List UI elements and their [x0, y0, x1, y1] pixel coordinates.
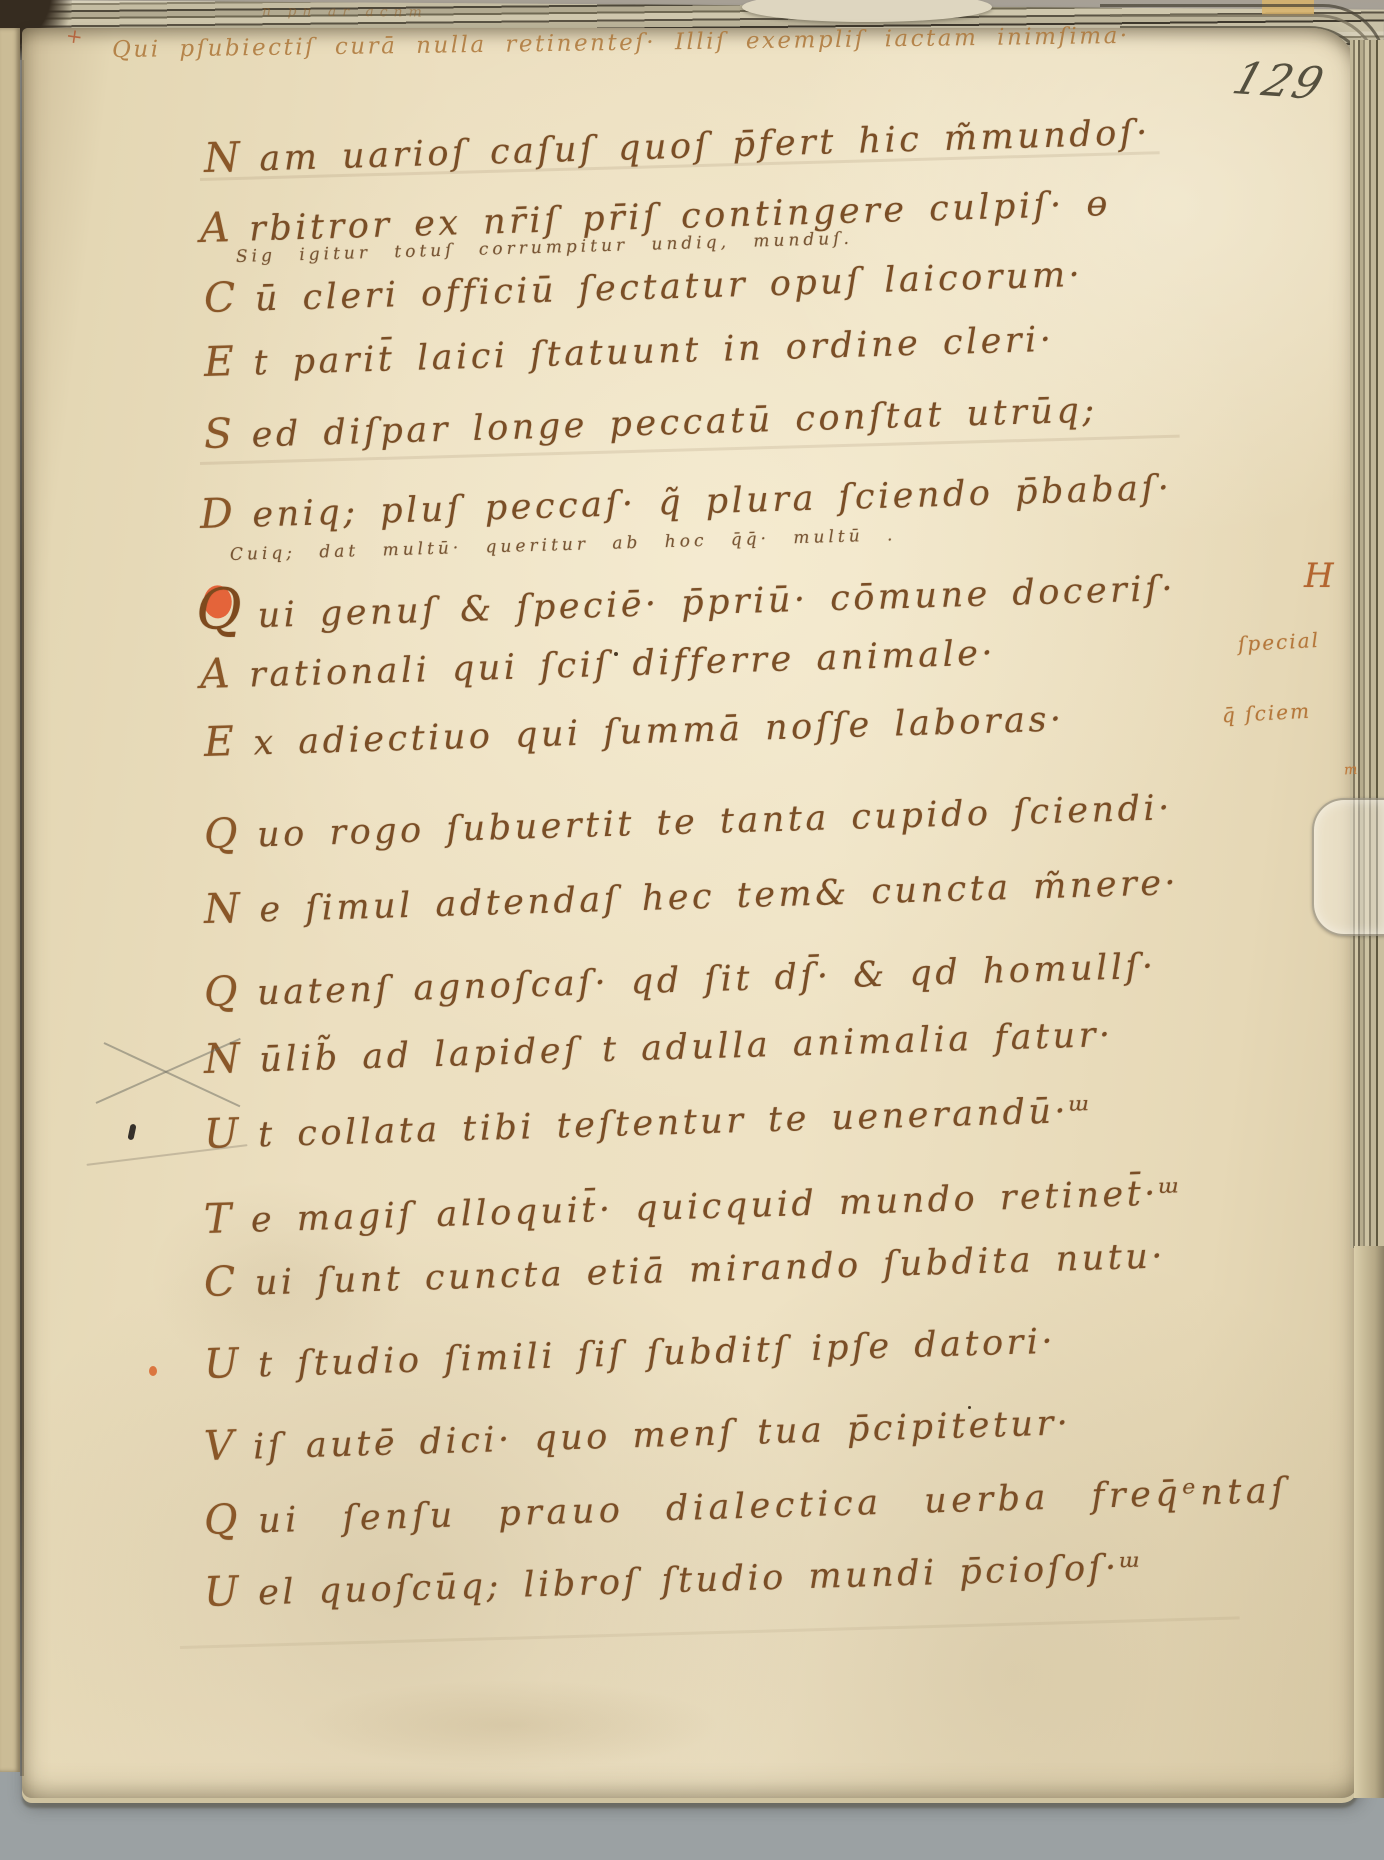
stacked-page-edges-right: [1350, 40, 1384, 1248]
margin-note: m: [1344, 762, 1360, 779]
margin-note: ſpecial: [1237, 628, 1320, 656]
line-initial: V: [203, 1421, 238, 1470]
line-initial: A: [199, 649, 234, 698]
binding-gutter: [0, 28, 20, 1772]
page-fore-edge: [1354, 1246, 1384, 1798]
line-initial: E: [203, 337, 238, 386]
line-initial: Q: [203, 809, 242, 858]
line-initial: U: [203, 1339, 242, 1388]
line-initial: N: [203, 1034, 244, 1083]
line-initial: S: [203, 409, 236, 458]
line-initial: C: [203, 1257, 239, 1306]
gutter-crease: [20, 60, 24, 1776]
line-initial: T: [203, 1194, 235, 1243]
transparent-index-tab: [1312, 798, 1384, 936]
header-cross-mark: +: [64, 23, 84, 49]
line-initial: N: [203, 133, 244, 182]
faded-edge-text: n pn ar acnm: [262, 3, 428, 20]
line-initial: Q: [203, 967, 242, 1016]
line-initial: Q: [203, 1495, 243, 1544]
line-initial: N: [203, 884, 244, 933]
line-initial: U: [203, 1567, 242, 1616]
rubricated-initial: Q: [195, 577, 246, 643]
manuscript-photo: + Qui pſubiectiſ curā nulla retinenteſ· …: [0, 0, 1384, 1860]
line-initial: C: [203, 273, 239, 322]
folio-number: 129: [1227, 53, 1331, 110]
line-initial: E: [203, 717, 238, 766]
line-initial: D: [199, 489, 237, 538]
red-pigment-dot: [149, 1366, 157, 1376]
line-initial: A: [199, 203, 234, 252]
margin-note: H: [1304, 556, 1336, 596]
stain: [300, 1680, 720, 1770]
margin-note: q̄ ſciem: [1221, 699, 1311, 728]
